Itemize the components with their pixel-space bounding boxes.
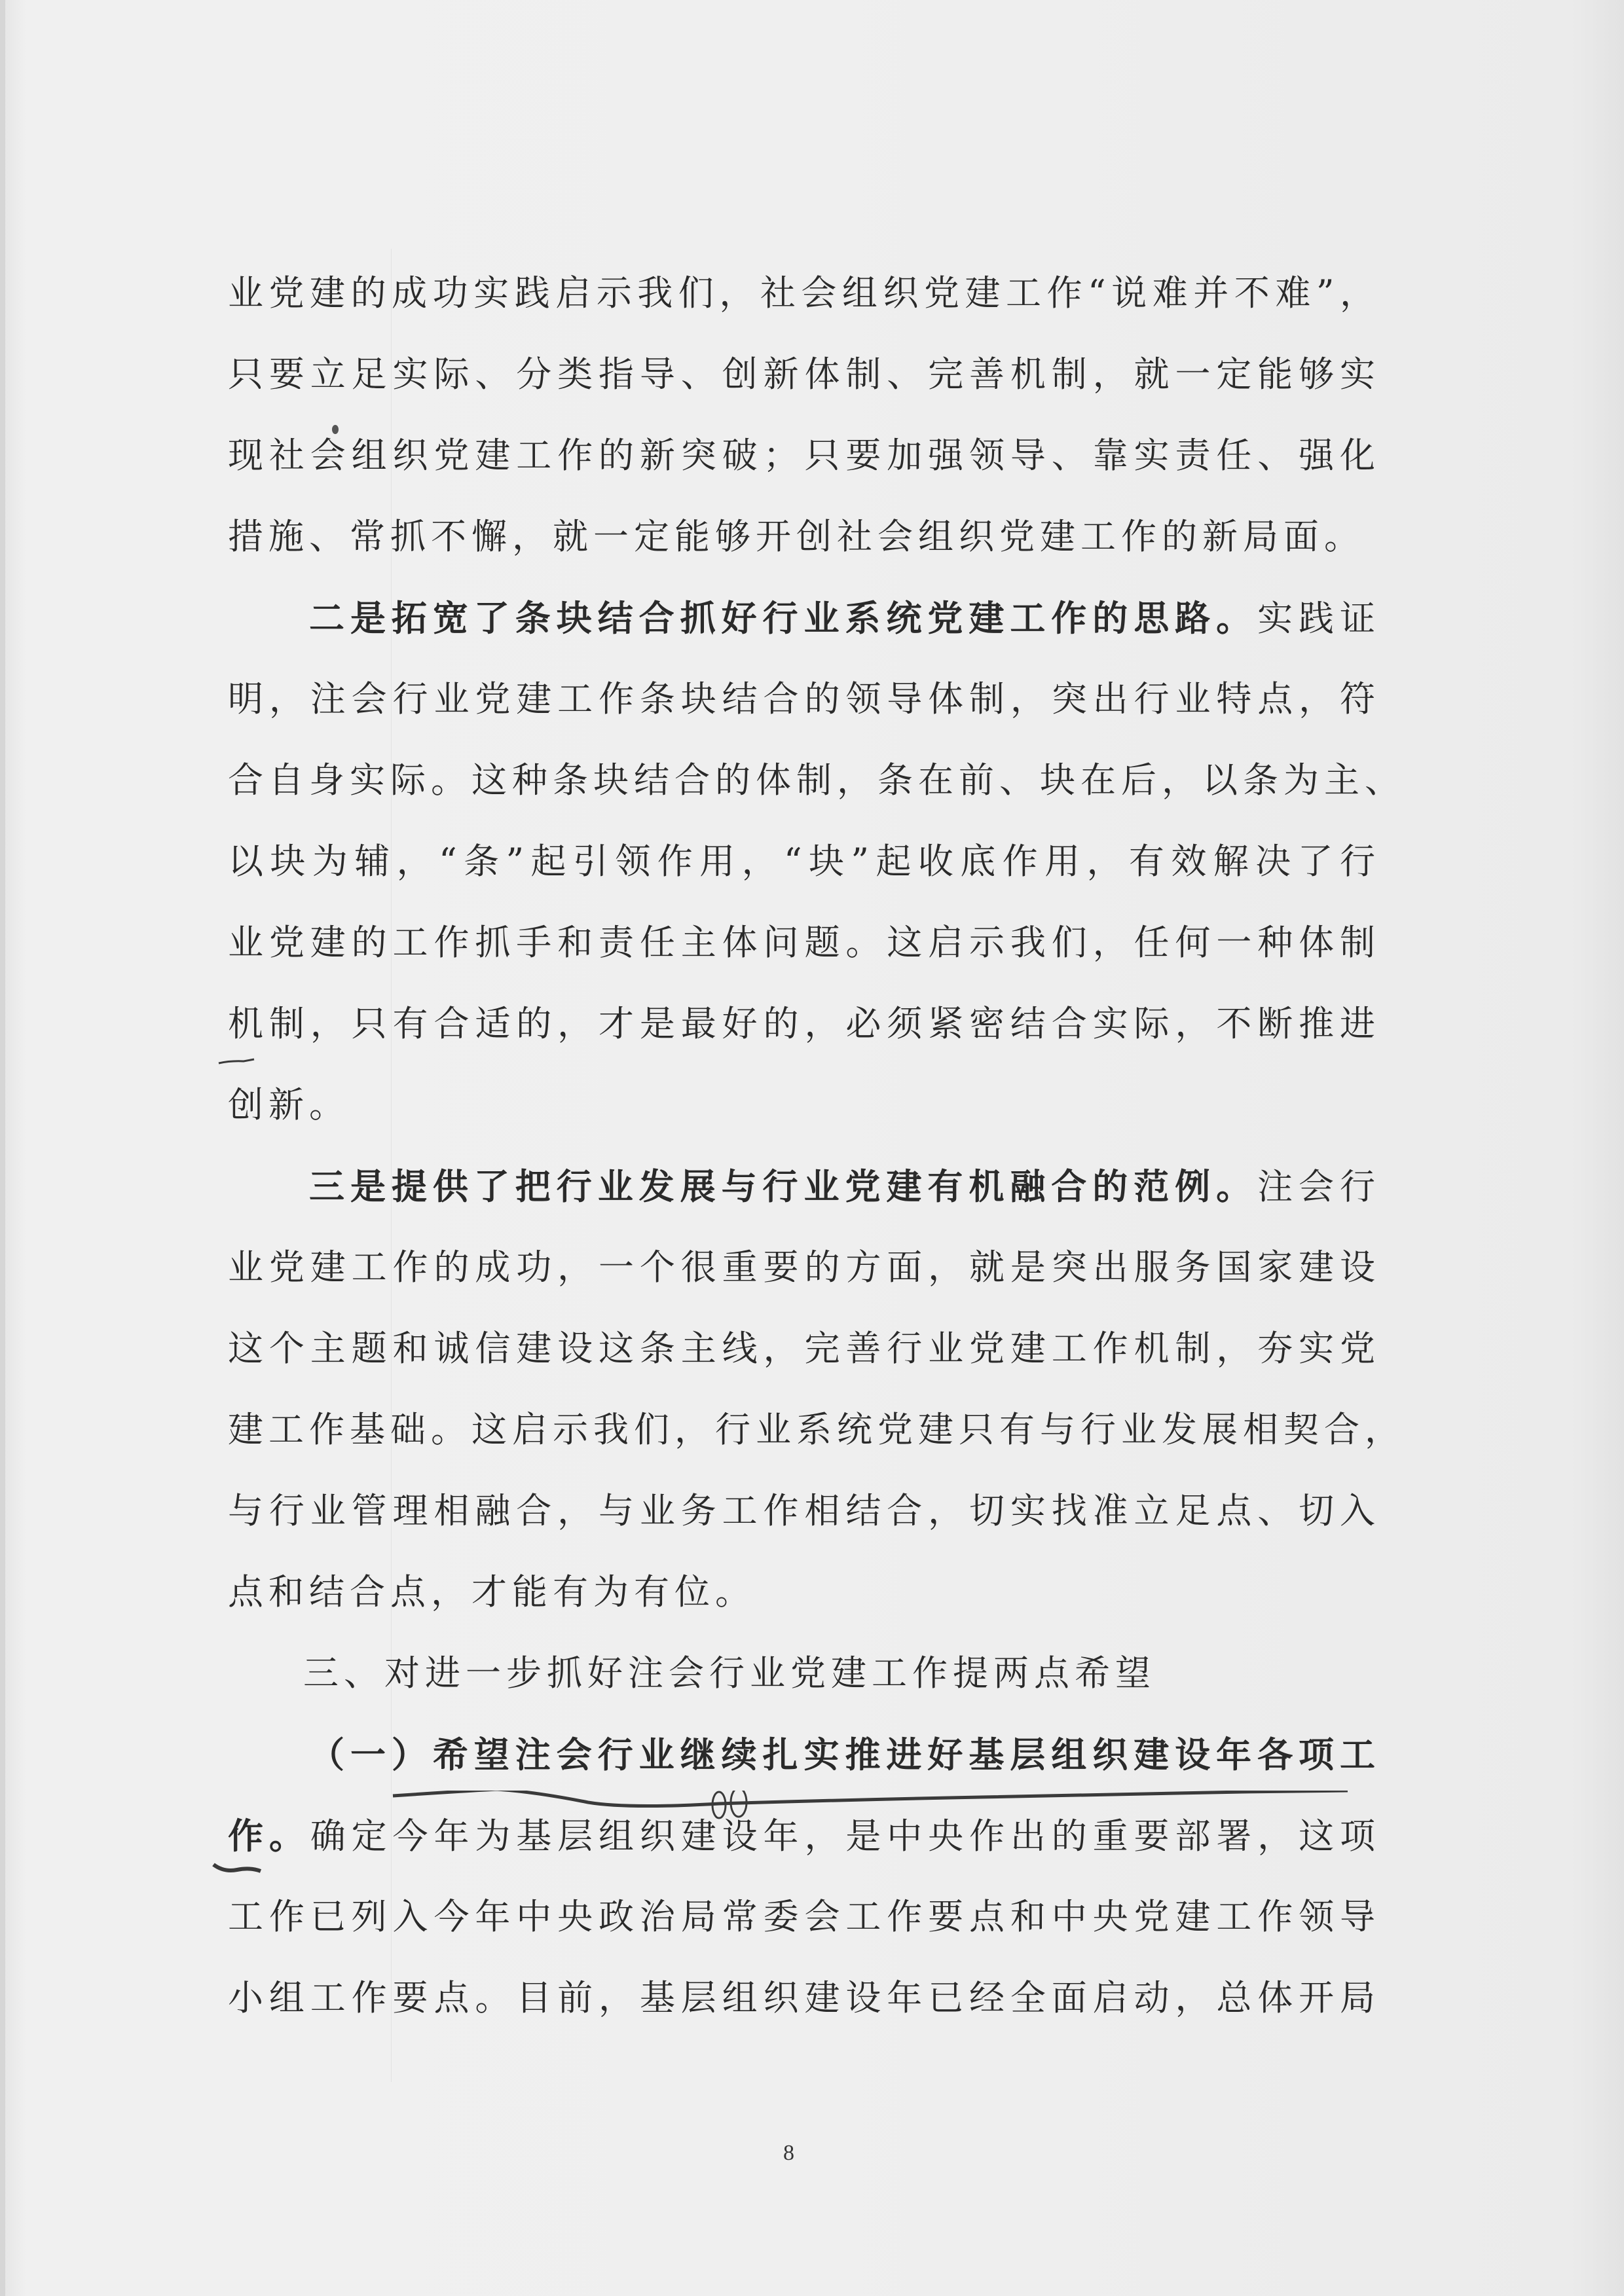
point-three-title: 三是提供了把行业发展与行业党建有机融合的范例。	[309, 1165, 1257, 1207]
text-line: 业党建的工作抓手和责任主体问题。这启示我们，任何一种体制	[228, 902, 1380, 983]
line-text: 业党建的工作抓手和责任主体问题。这启示我们，任何一种体制	[228, 922, 1380, 963]
line-text: 小组工作要点。目前，基层组织建设年已经全面启动，总体开局	[228, 1977, 1380, 2018]
subsection-one-title-end: 作。	[228, 1815, 310, 1857]
text-line: 以块为辅，“条”起引领作用，“块”起收底作用，有效解决了行	[228, 821, 1380, 902]
handwritten-dash-mark	[217, 1055, 257, 1068]
line-text: 以块为辅，“条”起引领作用，“块”起收底作用，有效解决了行	[228, 841, 1380, 882]
text-line: 只要立足实际、分类指导、创新体制、完善机制，就一定能够实	[228, 334, 1380, 415]
section-heading-text: 三、对进一步抓好注会行业党建工作提两点希望	[303, 1652, 1156, 1694]
page-number: 8	[783, 2141, 794, 2166]
line-text: 这个主题和诚信建设这条主线，完善行业党建工作机制，夯实党	[228, 1328, 1380, 1369]
text-line: 这个主题和诚信建设这条主线，完善行业党建工作机制，夯实党	[228, 1308, 1380, 1389]
line-text: 点和结合点，才能有为有位。	[228, 1571, 756, 1613]
text-line: 业党建工作的成功，一个很重要的方面，就是突出服务国家建设	[228, 1227, 1380, 1308]
text-line: 措施、常抓不懈，就一定能够开创社会组织党建工作的新局面。	[228, 496, 1380, 577]
section-three-heading: 三、对进一步抓好注会行业党建工作提两点希望	[228, 1633, 1380, 1714]
line-text: 实践证	[1257, 598, 1380, 639]
line-text: 建工作基础。这启示我们，行业系统党建只有与行业发展相契合，	[228, 1409, 1405, 1450]
body-text: 业党建的成功实践启示我们，社会组织党建工作“说难并不难”， 只要立足实际、分类指…	[228, 253, 1380, 2039]
scanned-page: 业党建的成功实践启示我们，社会组织党建工作“说难并不难”， 只要立足实际、分类指…	[0, 0, 1624, 2296]
line-text: 业党建的成功实践启示我们，社会组织党建工作“说难并不难”，	[228, 272, 1380, 314]
point-two-title: 二是拓宽了条块结合抓好行业系统党建工作的思路。	[309, 597, 1257, 639]
text-line: 现社会组织党建工作的新突破；只要加强领导、靠实责任、强化	[228, 415, 1380, 496]
line-text: 机制，只有合适的，才是最好的，必须紧密结合实际，不断推进	[228, 1003, 1380, 1044]
subsection-one-heading-line: （一）希望注会行业继续扎实推进好基层组织建设年各项工	[228, 1714, 1380, 1795]
line-text: 措施、常抓不懈，就一定能够开创社会组织党建工作的新局面。	[228, 516, 1365, 557]
line-text: 明，注会行业党建工作条块结合的领导体制，突出行业特点，符	[228, 678, 1380, 720]
line-text: 与行业管理相融合，与业务工作相结合，切实找准立足点、切入	[228, 1490, 1380, 1531]
line-text: 业党建工作的成功，一个很重要的方面，就是突出服务国家建设	[228, 1247, 1380, 1288]
text-line: 小组工作要点。目前，基层组织建设年已经全面启动，总体开局	[228, 1958, 1380, 2039]
text-line: 业党建的成功实践启示我们，社会组织党建工作“说难并不难”，	[228, 253, 1380, 334]
line-text: 注会行	[1257, 1166, 1380, 1207]
subsection-one-title: （一）希望注会行业继续扎实推进好基层组织建设年各项工	[309, 1734, 1380, 1776]
line-text: 合自身实际。这种条块结合的体制，条在前、块在后，以条为主、	[228, 759, 1405, 801]
text-line: 明，注会行业党建工作条块结合的领导体制，突出行业特点，符	[228, 659, 1380, 740]
point-three-heading-line: 三是提供了把行业发展与行业党建有机融合的范例。注会行	[228, 1146, 1380, 1227]
text-line: 创新。	[228, 1065, 1380, 1146]
line-text: 工作已列入今年中央政治局常委会工作要点和中央党建工作领导	[228, 1896, 1380, 1937]
text-line: 工作已列入今年中央政治局常委会工作要点和中央党建工作领导	[228, 1876, 1380, 1958]
binding-edge	[0, 0, 5, 2296]
text-line: 点和结合点，才能有为有位。	[228, 1552, 1380, 1633]
line-text: 创新。	[228, 1084, 350, 1125]
text-line: 合自身实际。这种条块结合的体制，条在前、块在后，以条为主、	[228, 740, 1380, 821]
text-line: 建工作基础。这启示我们，行业系统党建只有与行业发展相契合，	[228, 1389, 1380, 1470]
text-line: 机制，只有合适的，才是最好的，必须紧密结合实际，不断推进	[228, 983, 1380, 1065]
handwritten-tilde-mark	[211, 1858, 263, 1878]
line-text: 现社会组织党建工作的新突破；只要加强领导、靠实责任、强化	[228, 435, 1380, 476]
point-two-heading-line: 二是拓宽了条块结合抓好行业系统党建工作的思路。实践证	[228, 577, 1380, 659]
handwritten-wavy-underline	[392, 1791, 1351, 1830]
line-text: 只要立足实际、分类指导、创新体制、完善机制，就一定能够实	[228, 354, 1380, 395]
text-line: 与行业管理相融合，与业务工作相结合，切实找准立足点、切入	[228, 1470, 1380, 1552]
